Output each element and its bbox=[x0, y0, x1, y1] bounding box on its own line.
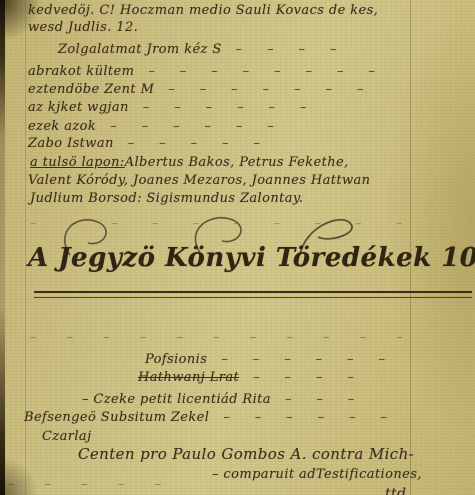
manuscript-line: Befsengeö Subsitum Zekel – – – – – – bbox=[24, 410, 410, 426]
manuscript-line: Hathwanj Lrat – – – – bbox=[138, 370, 410, 386]
manuscript-line: Pofsionis – – – – – – bbox=[145, 352, 410, 368]
line-dashes: – – – – – – – bbox=[154, 82, 410, 98]
line-dashes: – – – – – – – – bbox=[134, 64, 410, 80]
separator-dash-row: – – – – – – – – – – – – bbox=[30, 216, 410, 231]
line-text: – Czeke petit licentiád Rita bbox=[82, 392, 271, 408]
line-text: ttd bbox=[385, 486, 406, 495]
heading-underline bbox=[34, 291, 472, 298]
manuscript-line: – Czeke petit licentiád Rita – – – bbox=[82, 392, 410, 408]
manuscript-line: az kjket wgjan – – – – – – bbox=[28, 100, 410, 116]
manuscript-line: Czarlaj bbox=[42, 429, 242, 445]
manuscript-line: Valent Kóródy, Joanes Mezaros, Joannes H… bbox=[28, 173, 448, 189]
manuscript-line: Centen pro Paulo Gombos A. contra Mich- bbox=[78, 446, 468, 462]
line-text: Zabo Istwan bbox=[28, 136, 114, 152]
line-text: Pofsionis bbox=[145, 352, 207, 368]
manuscript-page: kedvedöj. C! Hoczman medio Sauli Kovacs … bbox=[0, 0, 475, 495]
manuscript-line: abrakot kültem – – – – – – – – bbox=[28, 64, 410, 80]
line-text-struck: Hathwanj Lrat bbox=[138, 370, 239, 386]
line-text: ezek azok bbox=[28, 119, 96, 135]
line-text: kedvedöj. C! Hoczman medio Sauli Kovacs … bbox=[28, 3, 378, 19]
line-text: abrakot kültem bbox=[28, 64, 134, 80]
line-text: Valent Kóródy, Joanes Mezaros, Joannes H… bbox=[28, 173, 370, 189]
manuscript-line: Zolgalatmat Jrom kéz S – – – – bbox=[58, 42, 410, 58]
manuscript-line: Judlium Borsod: Sigismundus Zalontay. bbox=[30, 191, 412, 207]
manuscript-line: ezek azok – – – – – – bbox=[28, 119, 410, 135]
line-text: – comparuit adTestificationes, bbox=[212, 467, 422, 483]
manuscript-line: eztendöbe Zent M – – – – – – – bbox=[28, 82, 410, 98]
line-dashes: – – – – – – bbox=[96, 119, 410, 135]
manuscript-line: a tulsö lapon: Albertus Bakos, Petrus Fe… bbox=[30, 155, 450, 171]
line-dashes: – – – bbox=[271, 392, 410, 408]
line-text: Albertus Bakos, Petrus Fekethe, bbox=[125, 155, 349, 171]
footer-dash-row: – – – – – bbox=[8, 477, 208, 492]
line-text: az kjket wgjan bbox=[28, 100, 129, 116]
manuscript-line: Zabo Istwan – – – – – bbox=[28, 136, 410, 152]
manuscript-line: – comparuit adTestificationes, bbox=[212, 467, 472, 483]
manuscript-line: wesd Judlis. 12. bbox=[28, 20, 410, 36]
scan-edge-left bbox=[0, 0, 5, 495]
section-heading: A Jegyzö Könyvi Töredékek 10dik Száma. bbox=[28, 243, 474, 273]
line-text: Befsengeö Subsitum Zekel bbox=[24, 410, 209, 426]
manuscript-line: kedvedöj. C! Hoczman medio Sauli Kovacs … bbox=[28, 3, 410, 19]
manuscript-line-cut-fragment: ttd bbox=[385, 486, 465, 495]
line-dashes: – – – – – – bbox=[207, 352, 410, 368]
separator-dash-row: – – – – – – – – – – – – bbox=[30, 330, 410, 345]
line-text: Zolgalatmat Jrom kéz S bbox=[58, 42, 222, 58]
line-text: Czarlaj bbox=[42, 429, 92, 445]
line-text: Centen pro Paulo Gombos A. contra Mich- bbox=[78, 446, 414, 462]
heading-text: A Jegyzö Könyvi Töredékek 10 bbox=[28, 243, 475, 273]
line-text: Judlium Borsod: Sigismundus Zalontay. bbox=[30, 191, 303, 207]
line-text: wesd Judlis. 12. bbox=[28, 20, 138, 36]
line-dashes: – – – – bbox=[222, 42, 410, 58]
line-dashes: – – – – – – bbox=[209, 410, 410, 426]
line-dashes: – – – – – bbox=[114, 136, 410, 152]
line-dashes: – – – – – – bbox=[129, 100, 410, 116]
line-text: eztendöbe Zent M bbox=[28, 82, 154, 98]
line-text-underlined: a tulsö lapon: bbox=[30, 155, 125, 171]
line-dashes: – – – – bbox=[239, 370, 410, 386]
